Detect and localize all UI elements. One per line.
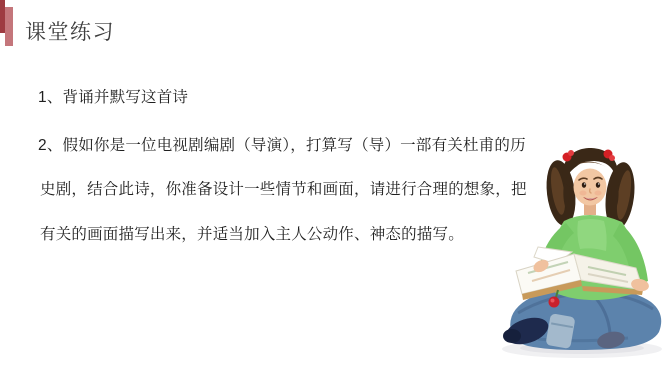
body-line-1: 1、背诵并默写这首诗 [38,88,188,108]
body-line-3: 史剧，结合此诗，你准备设计一些情节和画面，请进行合理的想象，把 [40,180,527,200]
body-line-4: 有关的画面描写出来，并适当加入主人公动作、神态的描写。 [40,225,464,245]
body-line-2: 2、假如你是一位电视剧编剧（导演），打算写（导）一部有关杜甫的历 [38,136,526,156]
girl-reading-illustration [498,143,668,365]
girl-reading-photo [498,143,668,365]
accent-bar-light [5,7,13,46]
slide: 课堂练习 1、背诵并默写这首诗 2、假如你是一位电视剧编剧（导演），打算写（导）… [0,0,668,376]
slide-title: 课堂练习 [25,20,115,46]
